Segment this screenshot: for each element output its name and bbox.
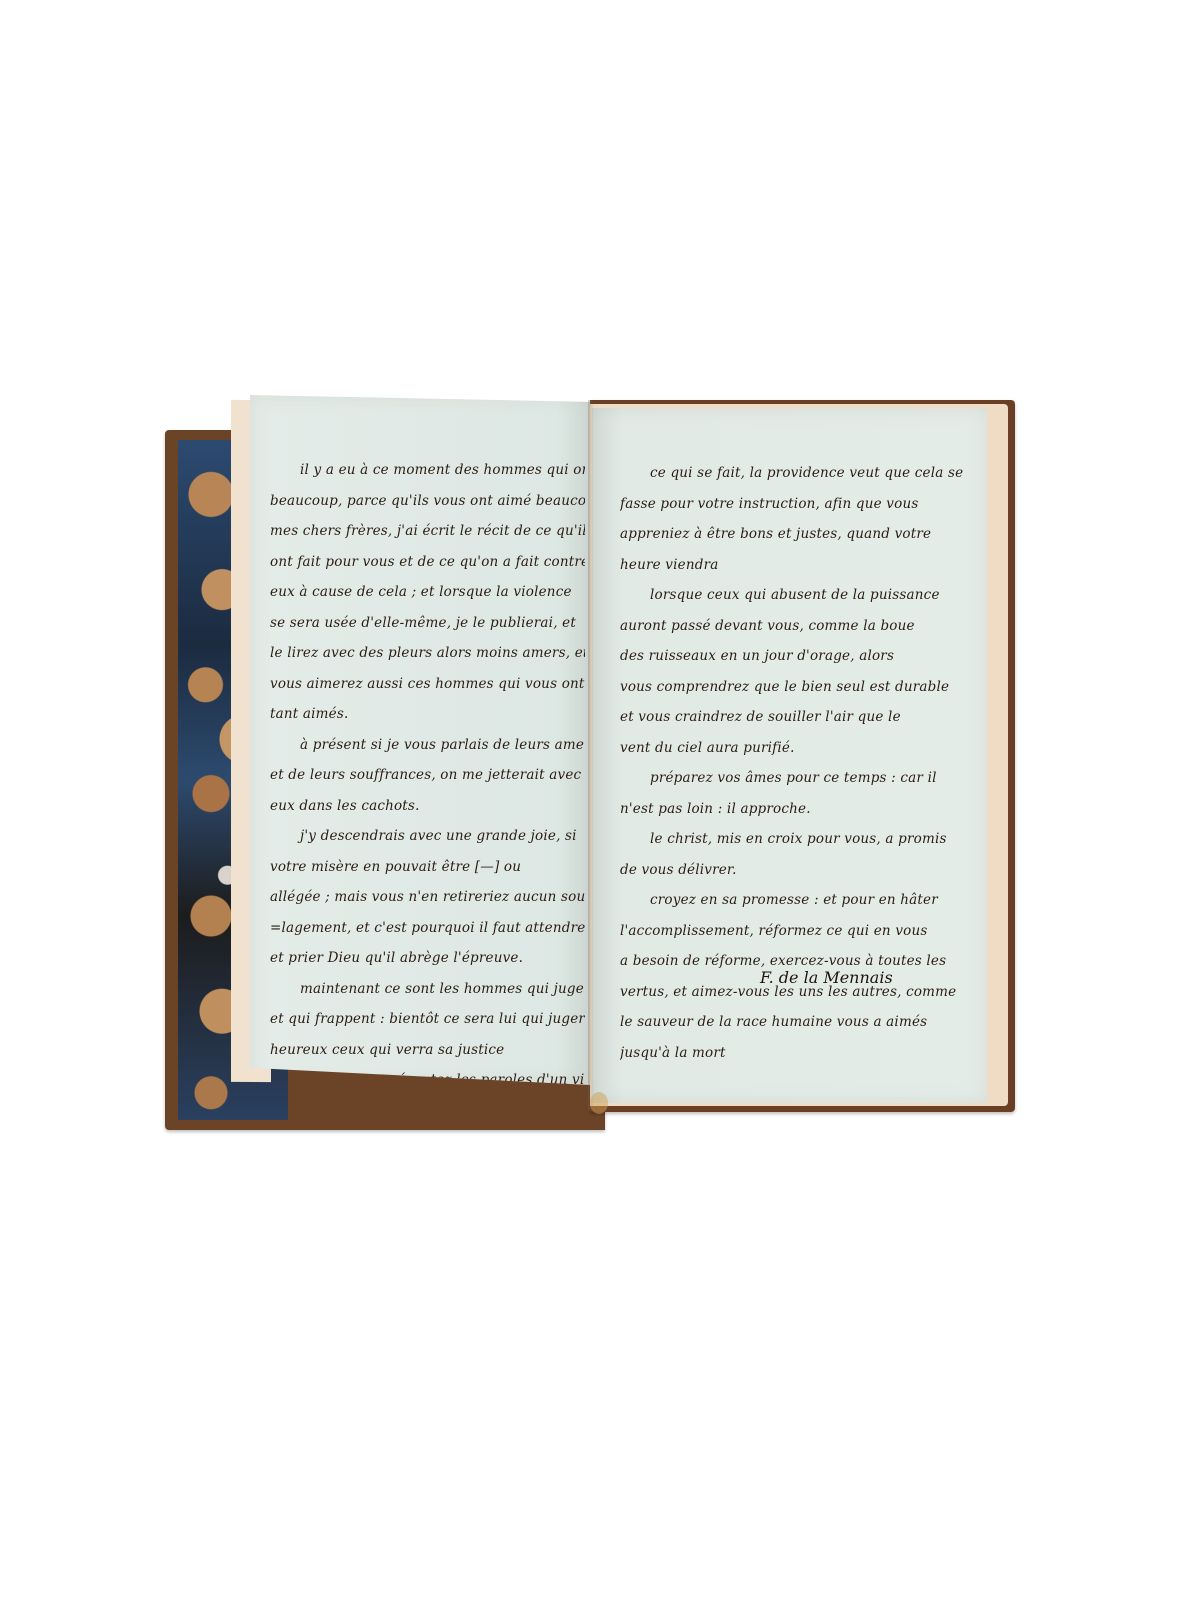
text-line: et de leurs souffrances, on me jetterait… [270, 760, 585, 791]
text-line: tant aimés. [270, 699, 585, 730]
text-line: de vous délivrer. [620, 855, 975, 886]
text-line: -ment sur elle comme un souffle qui brûl… [270, 1157, 585, 1188]
text-line: se sera usée d'elle-même, je le publiera… [270, 608, 585, 639]
text-line: n'est pas loin : il approche. [620, 794, 975, 825]
text-line: et prier Dieu qu'il abrège l'épreuve. [270, 943, 585, 974]
open-notebook: il y a eu à ce moment des hommes qui ont… [0, 0, 1200, 1600]
text-line: le sauveur de la race humaine vous a aim… [620, 1007, 975, 1038]
text-line: allégée ; mais vous n'en retireriez aucu… [270, 882, 585, 913]
text-line: fasse pour votre instruction, afin que v… [620, 489, 975, 520]
text-line: heure viendra [620, 550, 975, 581]
text-line: eux à cause de cela ; et lorsque la viol… [270, 577, 585, 608]
text-line: ont fait pour vous et de ce qu'on a fait… [270, 547, 585, 578]
text-line: croyez en sa promesse : et pour en hâter [620, 885, 975, 916]
text-line: l'accomplissement, réformez ce qui en vo… [620, 916, 975, 947]
left-page: il y a eu à ce moment des hommes qui ont… [250, 395, 590, 1085]
text-line: mes chers frères, j'ai écrit le récit de… [270, 516, 585, 547]
text-line: il y a eu à ce moment des hommes qui ont… [270, 455, 585, 486]
text-line: et vous craindrez de souiller l'air que … [620, 702, 975, 733]
text-line: l'haleine du méchant ne passera pas éter… [270, 1126, 585, 1157]
text-line: le christ, mis en croix pour vous, a pro… [620, 824, 975, 855]
text-line: ce qui se fait, la providence veut que c… [620, 458, 975, 489]
book-gutter [588, 400, 594, 1110]
text-line: =lagement, et c'est pourquoi il faut att… [270, 913, 585, 944]
text-line: vous aimerez aussi ces hommes qui vous o… [270, 669, 585, 700]
text-line: beaucoup, parce qu'ils vous ont aimé bea… [270, 486, 585, 517]
text-line: lorsque ceux qui abusent de la puissance [620, 580, 975, 611]
text-line: heureux ceux qui verra sa justice [270, 1035, 585, 1066]
text-line: vent du ciel aura purifié. [620, 733, 975, 764]
text-line: eux dans les cachots. [270, 791, 585, 822]
text-line: des ruisseaux en un jour d'orage, alors [620, 641, 975, 672]
text-line: préparez vos âmes pour ce temps : car il [620, 763, 975, 794]
signature: F. de la Mennais [760, 968, 893, 987]
text-line: maintenant ce sont les hommes qui jugent [270, 974, 585, 1005]
text-line: votre misère en pouvait être [—] ou [270, 852, 585, 883]
text-line: à présent si je vous parlais de leurs am… [270, 730, 585, 761]
text-line: jusqu'à la mort [620, 1038, 975, 1069]
text-line: vous comprendrez que le bien seul est du… [620, 672, 975, 703]
text-line: appreniez à être bons et justes, quand v… [620, 519, 975, 550]
text-line: et qui frappent : bientôt ce sera lui qu… [270, 1004, 585, 1035]
text-line: j'y descendrais avec une grande joie, si [270, 821, 585, 852]
right-page: ce qui se fait, la providence veut que c… [592, 408, 987, 1103]
text-line: auront passé devant vous, comme la boue [620, 611, 975, 642]
text-line: le lirez avec des pleurs alors moins ame… [270, 638, 585, 669]
foxing-stain [590, 1092, 608, 1114]
